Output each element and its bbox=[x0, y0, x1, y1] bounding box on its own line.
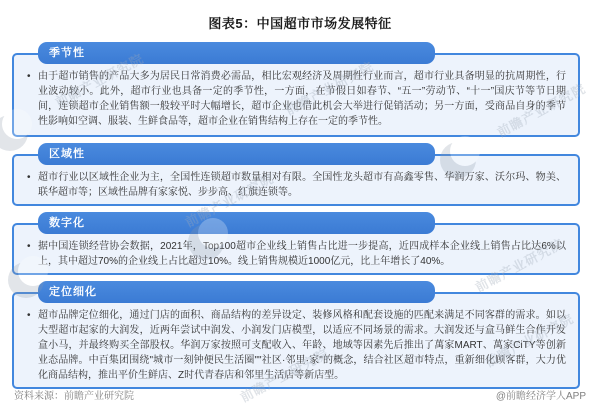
section-seasonality-box: •由于超市销售的产品大多为居民日常消费必需品，相比宏观经济及周期性行业而言，超市… bbox=[12, 53, 580, 137]
section-positioning-tab: 定位细化 bbox=[38, 281, 435, 303]
section-regionality-tab: 区域性 bbox=[38, 143, 435, 165]
bullet-marker: • bbox=[27, 69, 31, 84]
section-digitalization: 数字化 •据中国连锁经营协会数据，2021年，Top100超市企业线上销售占比进… bbox=[12, 212, 580, 275]
section-regionality: 区域性 •超市行业以区域性企业为主，全国性连锁超市数量相对有限。全国性龙头超市有… bbox=[12, 143, 580, 206]
section-digitalization-content: 据中国连锁经营协会数据，2021年，Top100超市企业线上销售占比进一步提高，… bbox=[38, 241, 566, 267]
section-regionality-content: 超市行业以区域性企业为主，全国性连锁超市数量相对有限。全国性龙头超市有高鑫零售、… bbox=[38, 172, 566, 198]
section-positioning-content: 超市品牌定位细化，通过门店的面积、商品结构的差异设定、装修风格和配套设施的匹配来… bbox=[38, 310, 566, 381]
bullet-marker: • bbox=[27, 239, 31, 254]
section-digitalization-tab: 数字化 bbox=[38, 212, 435, 234]
section-positioning-text: •超市品牌定位细化，通过门店的面积、商品结构的差异设定、装修风格和配套设施的匹配… bbox=[27, 308, 566, 383]
page-title: 图表5：中国超市市场发展特征 bbox=[0, 0, 600, 32]
section-digitalization-text: •据中国连锁经营协会数据，2021年，Top100超市企业线上销售占比进一步提高… bbox=[27, 239, 566, 269]
section-seasonality-text: •由于超市销售的产品大多为居民日常消费必需品，相比宏观经济及周期性行业而言，超市… bbox=[27, 69, 566, 129]
feature-sections: 季节性 •由于超市销售的产品大多为居民日常消费必需品，相比宏观经济及周期性行业而… bbox=[0, 42, 600, 389]
section-positioning-box: •超市品牌定位细化，通过门店的面积、商品结构的差异设定、装修风格和配套设施的匹配… bbox=[12, 292, 580, 389]
section-seasonality-tab: 季节性 bbox=[38, 42, 435, 64]
footer-source: 资料来源：前瞻产业研究院 bbox=[14, 387, 134, 402]
footer: 资料来源：前瞻产业研究院 @前瞻经济学人APP bbox=[14, 387, 586, 402]
section-regionality-text: •超市行业以区域性企业为主，全国性连锁超市数量相对有限。全国性龙头超市有高鑫零售… bbox=[27, 170, 566, 200]
section-seasonality: 季节性 •由于超市销售的产品大多为居民日常消费必需品，相比宏观经济及周期性行业而… bbox=[12, 42, 580, 137]
section-seasonality-content: 由于超市销售的产品大多为居民日常消费必需品，相比宏观经济及周期性行业而言，超市行… bbox=[38, 71, 566, 127]
bullet-marker: • bbox=[27, 308, 31, 323]
section-positioning: 定位细化 •超市品牌定位细化，通过门店的面积、商品结构的差异设定、装修风格和配套… bbox=[12, 281, 580, 389]
bullet-marker: • bbox=[27, 170, 31, 185]
footer-brand: @前瞻经济学人APP bbox=[496, 387, 586, 402]
